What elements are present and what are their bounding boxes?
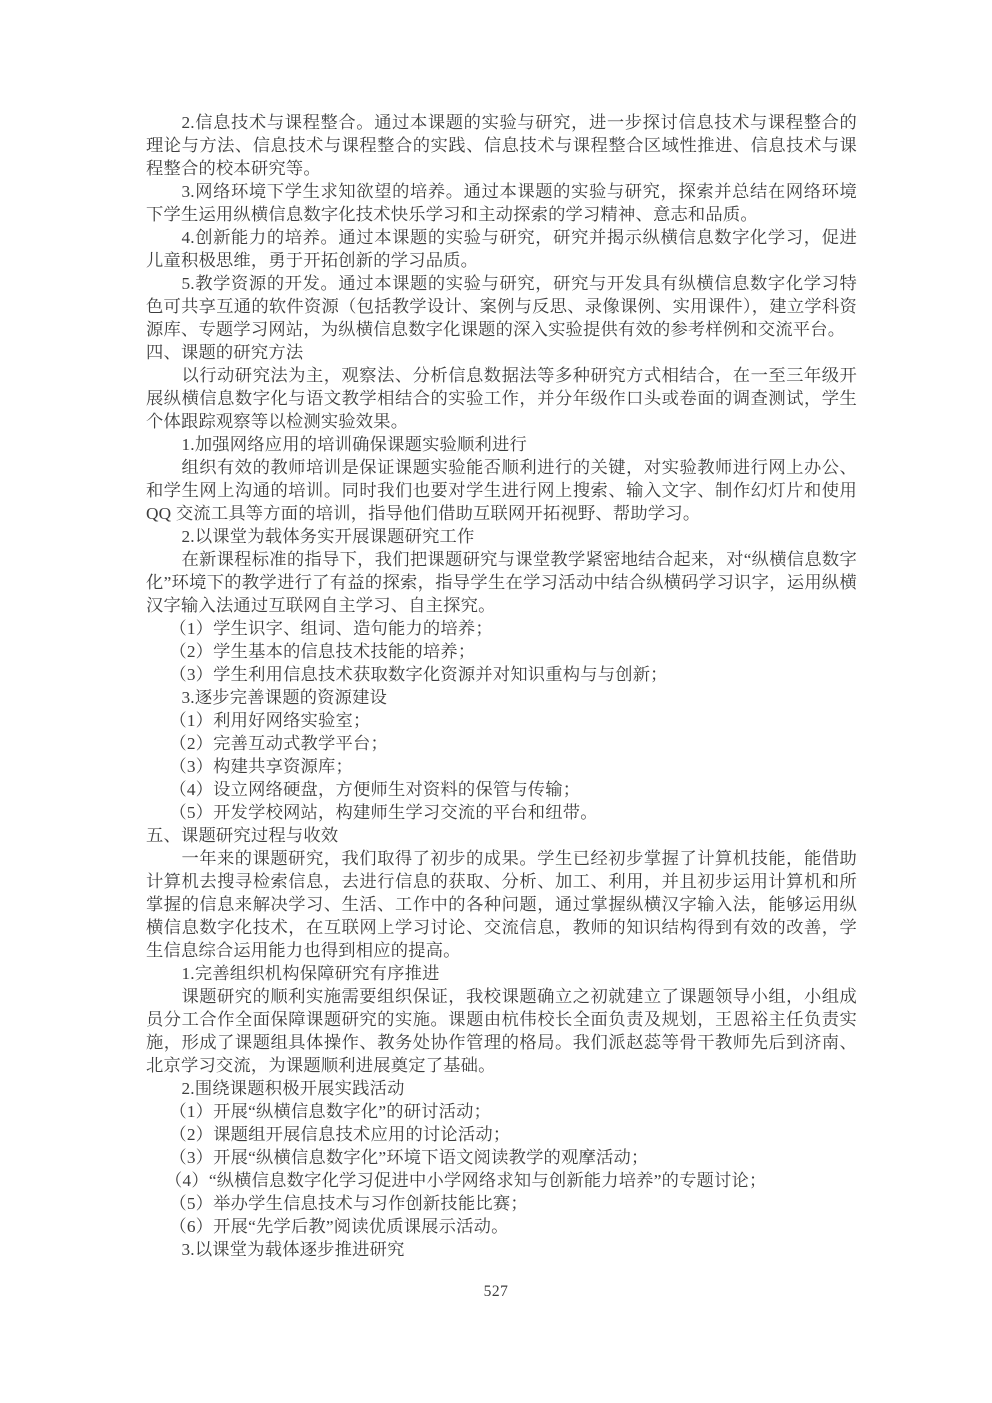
- list-item: （3）构建共享资源库；: [146, 755, 857, 778]
- paragraph: 2.信息技术与课程整合。通过本课题的实验与研究，进一步探讨信息技术与课程整合的理…: [146, 111, 857, 180]
- sub-heading: 2.围绕课题积极开展实践活动: [146, 1077, 857, 1100]
- sub-heading: 1.完善组织机构保障研究有序推进: [146, 962, 857, 985]
- sub-heading: 2.以课堂为载体务实开展课题研究工作: [146, 525, 857, 548]
- list-item: （5）开发学校网站，构建师生学习交流的平台和纽带。: [146, 801, 857, 824]
- paragraph: 以行动研究法为主，观察法、分析信息数据法等多种研究方式相结合，在一至三年级开展纵…: [146, 364, 857, 433]
- paragraph: 在新课程标准的指导下，我们把课题研究与课堂教学紧密地结合起来，对“纵横信息数字化…: [146, 548, 857, 617]
- list-item: （3）开展“纵横信息数字化”环境下语文阅读教学的观摩活动；: [146, 1146, 857, 1169]
- section-heading: 四、课题的研究方法: [146, 341, 857, 364]
- paper-page: 2.信息技术与课程整合。通过本课题的实验与研究，进一步探讨信息技术与课程整合的理…: [0, 0, 992, 1403]
- list-item: （1）利用好网络实验室；: [146, 709, 857, 732]
- list-item: （1）开展“纵横信息数字化”的研讨活动；: [146, 1100, 857, 1123]
- paragraph: 组织有效的教师培训是保证课题实验能否顺利进行的关键，对实验教师进行网上办公、和学…: [146, 456, 857, 525]
- section-heading: 五、课题研究过程与收效: [146, 824, 857, 847]
- paragraph: 一年来的课题研究，我们取得了初步的成果。学生已经初步掌握了计算机技能，能借助计算…: [146, 847, 857, 962]
- list-item: （2）完善互动式教学平台；: [146, 732, 857, 755]
- page-number: 527: [0, 1283, 992, 1301]
- list-item: （1）学生识字、组词、造句能力的培养；: [146, 617, 857, 640]
- list-item: （5）举办学生信息技术与习作创新技能比赛；: [146, 1192, 857, 1215]
- paragraph: 课题研究的顺利实施需要组织保证，我校课题确立之初就建立了课题领导小组，小组成员分…: [146, 985, 857, 1077]
- paragraph: 4.创新能力的培养。通过本课题的实验与研究，研究并揭示纵横信息数字化学习，促进儿…: [146, 226, 857, 272]
- list-item: （2）课题组开展信息技术应用的讨论活动；: [146, 1123, 857, 1146]
- list-item: （6）开展“先学后教”阅读优质课展示活动。: [146, 1215, 857, 1238]
- sub-heading: 1.加强网络应用的培训确保课题实验顺利进行: [146, 433, 857, 456]
- list-item: （2）学生基本的信息技术技能的培养；: [146, 640, 857, 663]
- list-item: （4）“纵横信息数字化学习促进中小学网络求知与创新能力培养”的专题讨论；: [146, 1169, 857, 1192]
- paragraph: 5.教学资源的开发。通过本课题的实验与研究，研究与开发具有纵横信息数字化学习特色…: [146, 272, 857, 341]
- list-item: （3）学生利用信息技术获取数字化资源并对知识重构与与创新；: [146, 663, 857, 686]
- page-body-text: 2.信息技术与课程整合。通过本课题的实验与研究，进一步探讨信息技术与课程整合的理…: [146, 111, 857, 1261]
- list-item: （4）设立网络硬盘，方便师生对资料的保管与传输；: [146, 778, 857, 801]
- paragraph: 3.网络环境下学生求知欲望的培养。通过本课题的实验与研究，探索并总结在网络环境下…: [146, 180, 857, 226]
- sub-heading: 3.逐步完善课题的资源建设: [146, 686, 857, 709]
- sub-heading: 3.以课堂为载体逐步推进研究: [146, 1238, 857, 1261]
